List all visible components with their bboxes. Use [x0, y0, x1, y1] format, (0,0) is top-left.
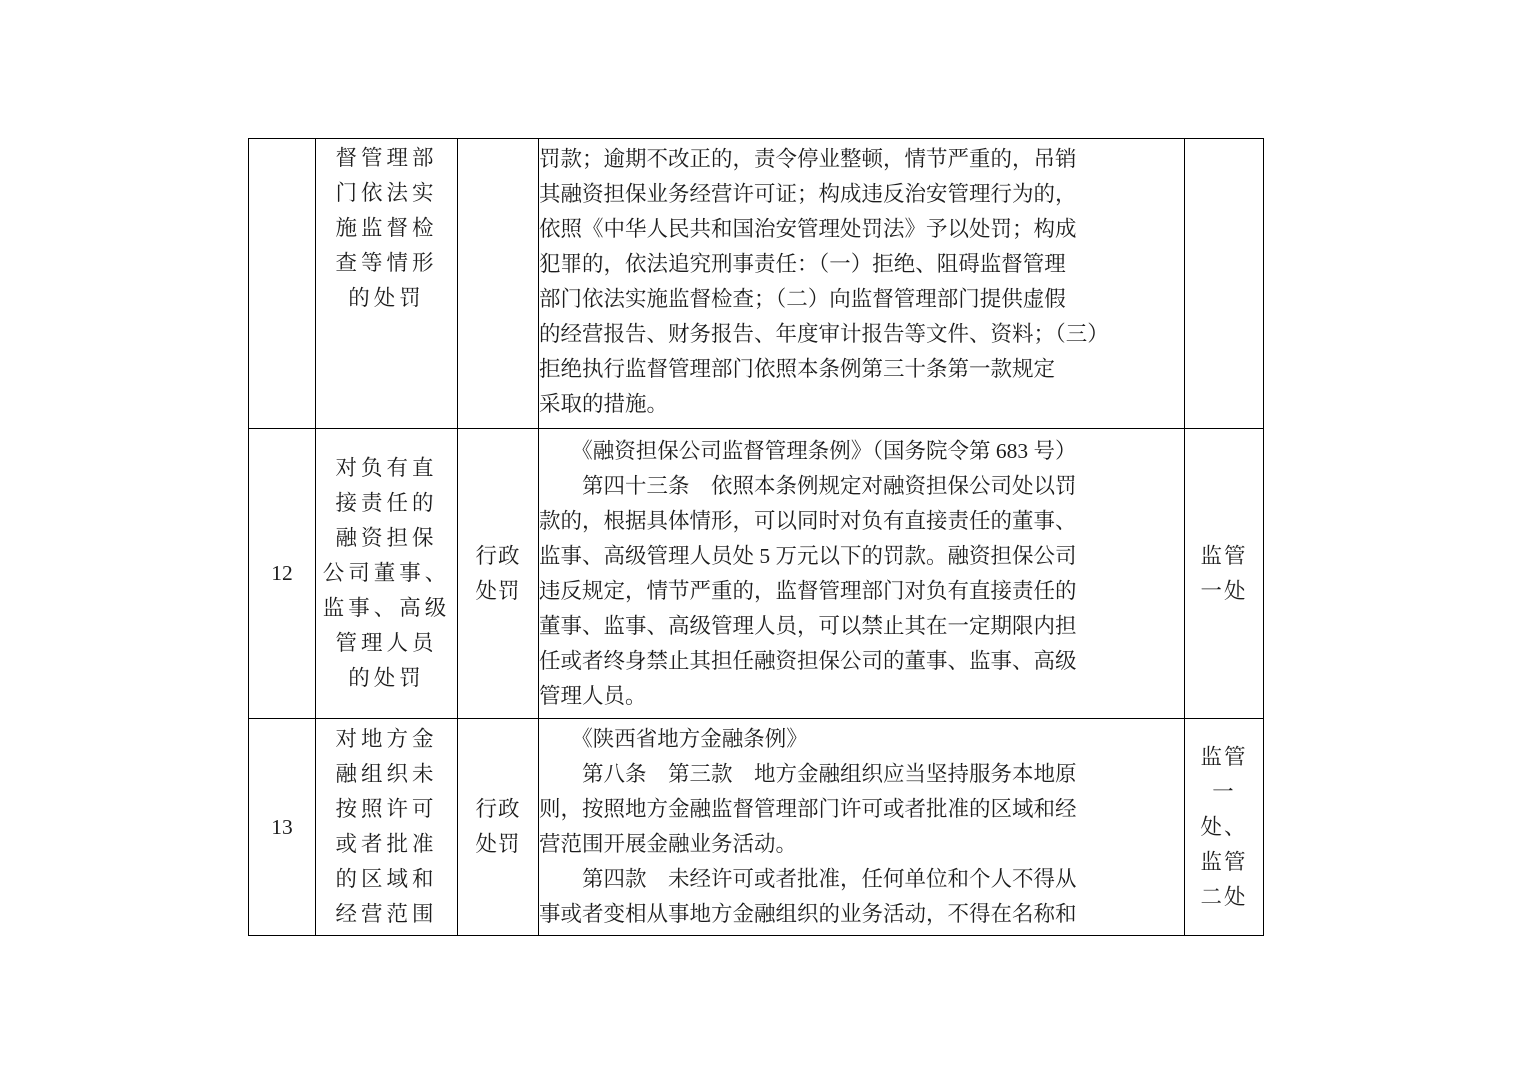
- item-name-cell: 督管理部 门依法实 施监督检 查等情形 的处罚: [316, 139, 458, 429]
- legal-basis-cell: 《融资担保公司监督管理条例》（国务院令第 683 号） 第四十三条 依照本条例规…: [539, 429, 1185, 719]
- document-page: 督管理部 门依法实 施监督检 查等情形 的处罚 罚款；逾期不改正的，责令停业整顿…: [0, 0, 1520, 1074]
- table-row-12: 12 对负有直 接责任的 融资担保 公司董事、 监事、高级 管理人员 的处罚 行…: [249, 429, 1264, 719]
- department-cell: 监管 一处: [1185, 429, 1264, 719]
- penalty-items-table: 督管理部 门依法实 施监督检 查等情形 的处罚 罚款；逾期不改正的，责令停业整顿…: [248, 138, 1264, 936]
- penalty-type-cell: 行政 处罚: [458, 429, 539, 719]
- legal-basis-cell: 罚款；逾期不改正的，责令停业整顿，情节严重的，吊销 其融资担保业务经营许可证；构…: [539, 139, 1185, 429]
- row-number-cell: 13: [249, 719, 316, 936]
- table-row-13: 13 对地方金 融组织未 按照许可 或者批准 的区域和 经营范围 行政 处罚 《…: [249, 719, 1264, 936]
- table-row-11-continued: 督管理部 门依法实 施监督检 查等情形 的处罚 罚款；逾期不改正的，责令停业整顿…: [249, 139, 1264, 429]
- item-name-cell: 对负有直 接责任的 融资担保 公司董事、 监事、高级 管理人员 的处罚: [316, 429, 458, 719]
- item-name-cell: 对地方金 融组织未 按照许可 或者批准 的区域和 经营范围: [316, 719, 458, 936]
- row-number-cell: [249, 139, 316, 429]
- penalty-type-cell: 行政 处罚: [458, 719, 539, 936]
- row-number-cell: 12: [249, 429, 316, 719]
- department-cell: 监管 一 处、 监管 二处: [1185, 719, 1264, 936]
- department-cell: [1185, 139, 1264, 429]
- penalty-type-cell: [458, 139, 539, 429]
- legal-basis-cell: 《陕西省地方金融条例》 第八条 第三款 地方金融组织应当坚持服务本地原 则，按照…: [539, 719, 1185, 936]
